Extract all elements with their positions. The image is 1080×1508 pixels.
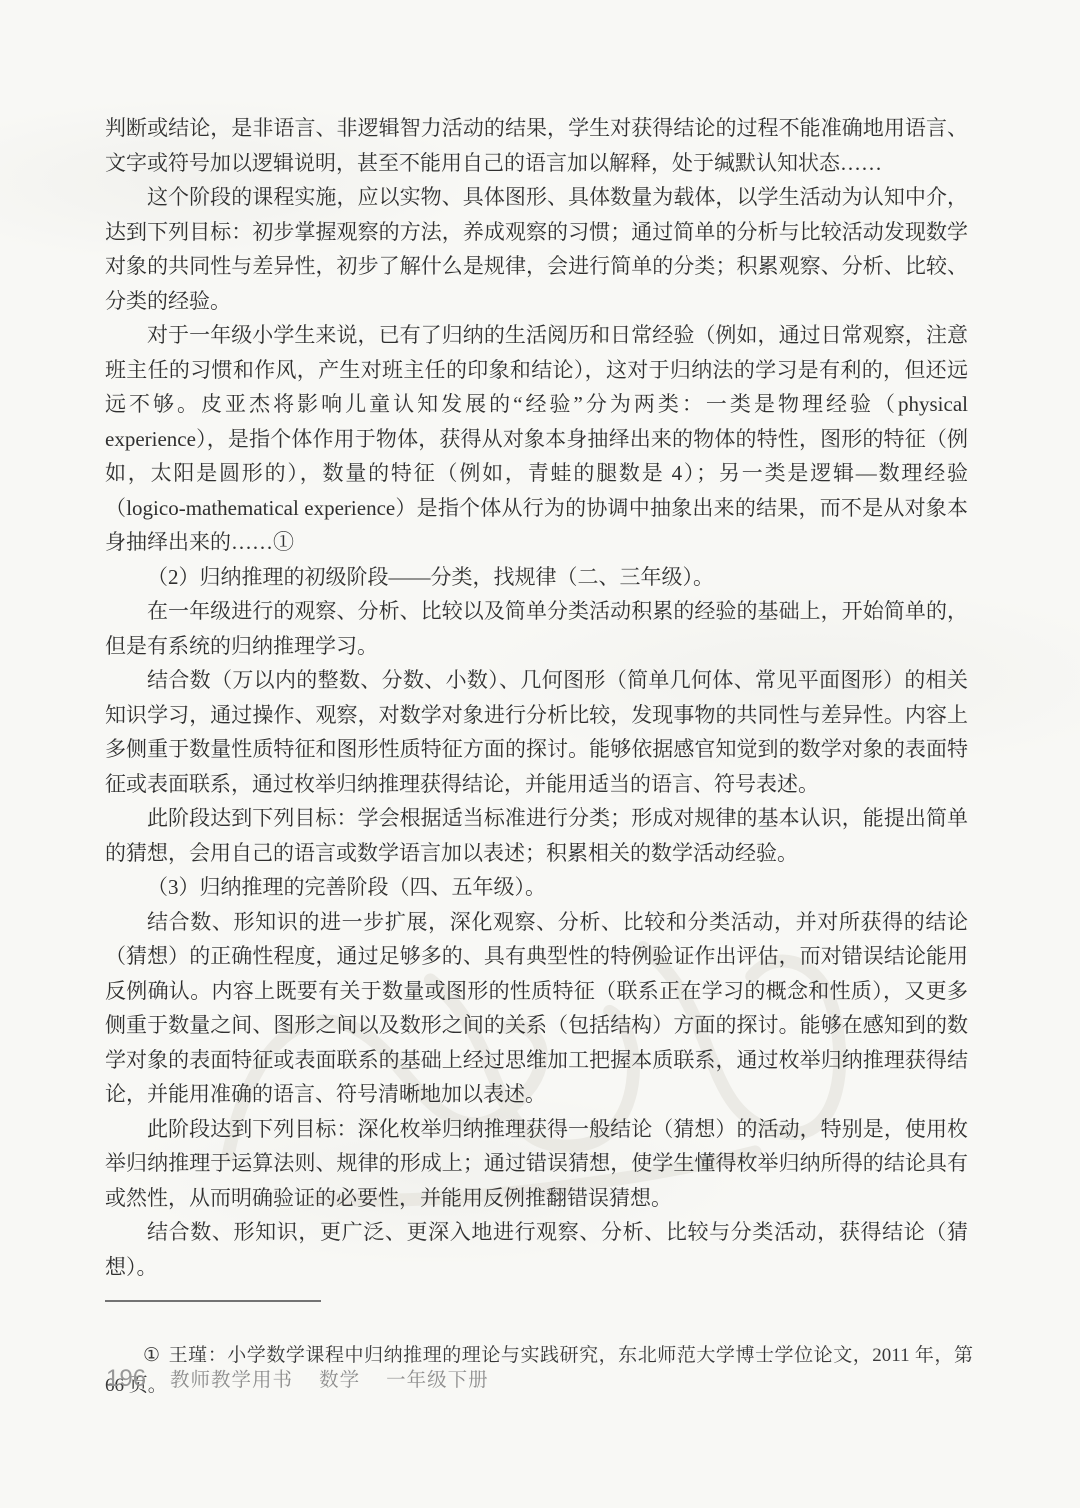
paragraph: 结合数、形知识，更广泛、更深入地进行观察、分析、比较与分类活动，获得结论（猜想）… (105, 1215, 968, 1284)
footnote-marker: ① (143, 1345, 161, 1366)
paragraph: 此阶段达到下列目标：深化枚举归纳推理获得一般结论（猜想）的活动，特别是，使用枚举… (105, 1112, 968, 1216)
page-body: 判断或结论，是非语言、非逻辑智力活动的结果，学生对获得结论的过程不能准确地用语言… (105, 111, 968, 1284)
paragraph: 结合数、形知识的进一步扩展，深化观察、分析、比较和分类活动，并对所获得的结论（猜… (105, 905, 968, 1112)
paragraph: 对于一年级小学生来说，已有了归纳的生活阅历和日常经验（例如，通过日常观察，注意班… (105, 318, 968, 560)
book-page: 判断或结论，是非语言、非逻辑智力活动的结果，学生对获得结论的过程不能准确地用语言… (0, 0, 1080, 1508)
paragraph: 在一年级进行的观察、分析、比较以及简单分类活动积累的经验的基础上，开始简单的，但… (105, 594, 968, 663)
page-footer: 196 教师教学用书 数学 一年级下册 (106, 1364, 515, 1393)
paragraph: 这个阶段的课程实施，应以实物、具体图形、具体数量为载体，以学生活动为认知中介，达… (105, 180, 968, 318)
footer-book-title: 教师教学用书 (170, 1364, 293, 1392)
paragraph: 判断或结论，是非语言、非逻辑智力活动的结果，学生对获得结论的过程不能准确地用语言… (105, 111, 968, 180)
footnote-divider (105, 1300, 321, 1302)
footer-volume: 一年级下册 (386, 1364, 489, 1392)
footer-subject: 数学 (319, 1364, 360, 1392)
page-number: 196 (106, 1365, 146, 1393)
paragraph: 结合数（万以内的整数、分数、小数）、几何图形（简单几何体、常见平面图形）的相关知… (105, 663, 968, 801)
paragraph-section-heading: （3）归纳推理的完善阶段（四、五年级）。 (105, 870, 968, 905)
paragraph: 此阶段达到下列目标：学会根据适当标准进行分类；形成对规律的基本认识，能提出简单的… (105, 801, 968, 870)
paragraph-section-heading: （2）归纳推理的初级阶段——分类，找规律（二、三年级）。 (105, 560, 968, 595)
